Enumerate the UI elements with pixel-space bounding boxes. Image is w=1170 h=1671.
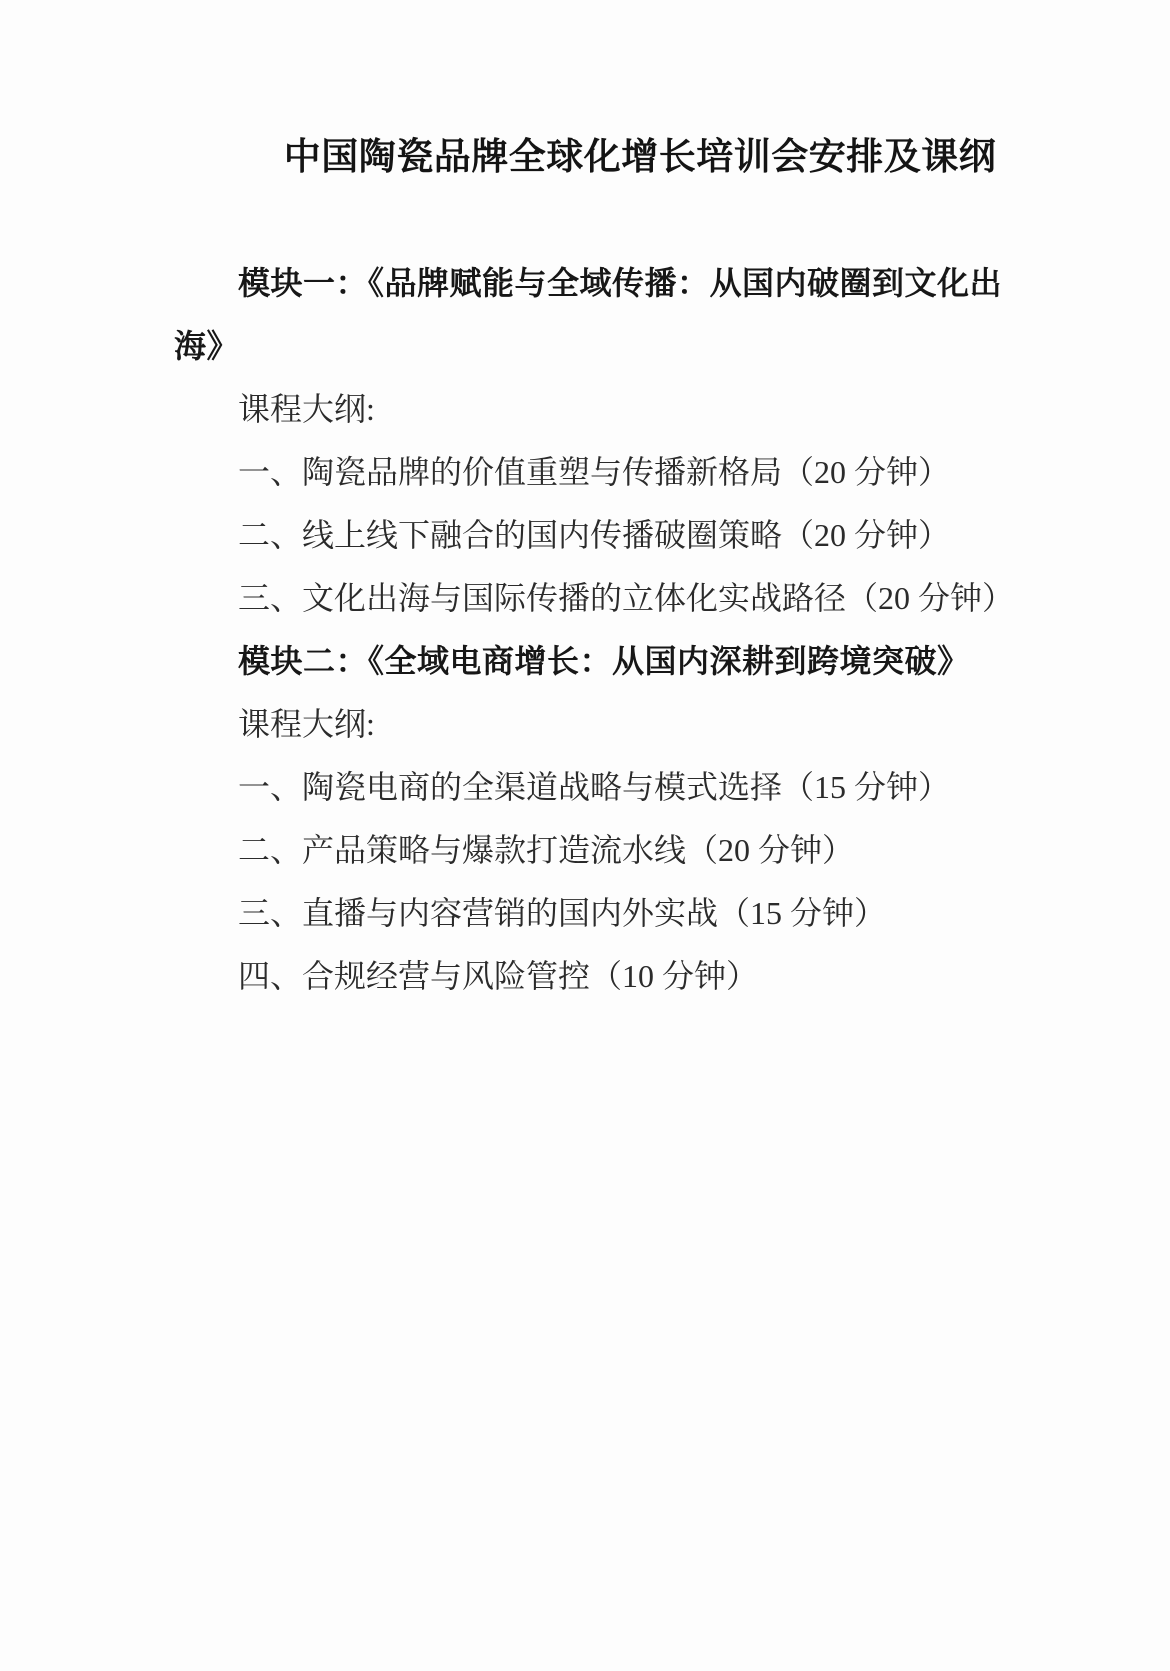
document-page: 中国陶瓷品牌全球化增长培训会安排及课纲 模块一：《品牌赋能与全域传播：从国内破圈… <box>0 0 1170 1671</box>
module-1-item-2: 二、线上线下融合的国内传播破圈策略（20 分钟） <box>174 504 1032 567</box>
module-2-item-3: 三、直播与内容营销的国内外实战（15 分钟） <box>174 882 1032 945</box>
module-1-outline-label: 课程大纲: <box>174 378 1032 441</box>
title-spacer <box>174 189 1032 252</box>
module-2-heading: 模块二：《全域电商增长：从国内深耕到跨境突破》 <box>174 630 1032 693</box>
module-1-item-1: 一、陶瓷品牌的价值重塑与传播新格局（20 分钟） <box>174 441 1032 504</box>
document-title: 中国陶瓷品牌全球化增长培训会安排及课纲 <box>174 126 1032 189</box>
module-2-item-1: 一、陶瓷电商的全渠道战略与模式选择（15 分钟） <box>174 756 1032 819</box>
module-2-outline-label: 课程大纲: <box>174 693 1032 756</box>
module-2-item-4: 四、合规经营与风险管控（10 分钟） <box>174 945 1032 1008</box>
document-body: 中国陶瓷品牌全球化增长培训会安排及课纲 模块一：《品牌赋能与全域传播：从国内破圈… <box>0 0 1170 1008</box>
module-1-item-3: 三、文化出海与国际传播的立体化实战路径（20 分钟） <box>174 567 1032 630</box>
module-2-item-2: 二、产品策略与爆款打造流水线（20 分钟） <box>174 819 1032 882</box>
module-1-heading: 模块一：《品牌赋能与全域传播：从国内破圈到文化出 海》 <box>174 252 1032 378</box>
